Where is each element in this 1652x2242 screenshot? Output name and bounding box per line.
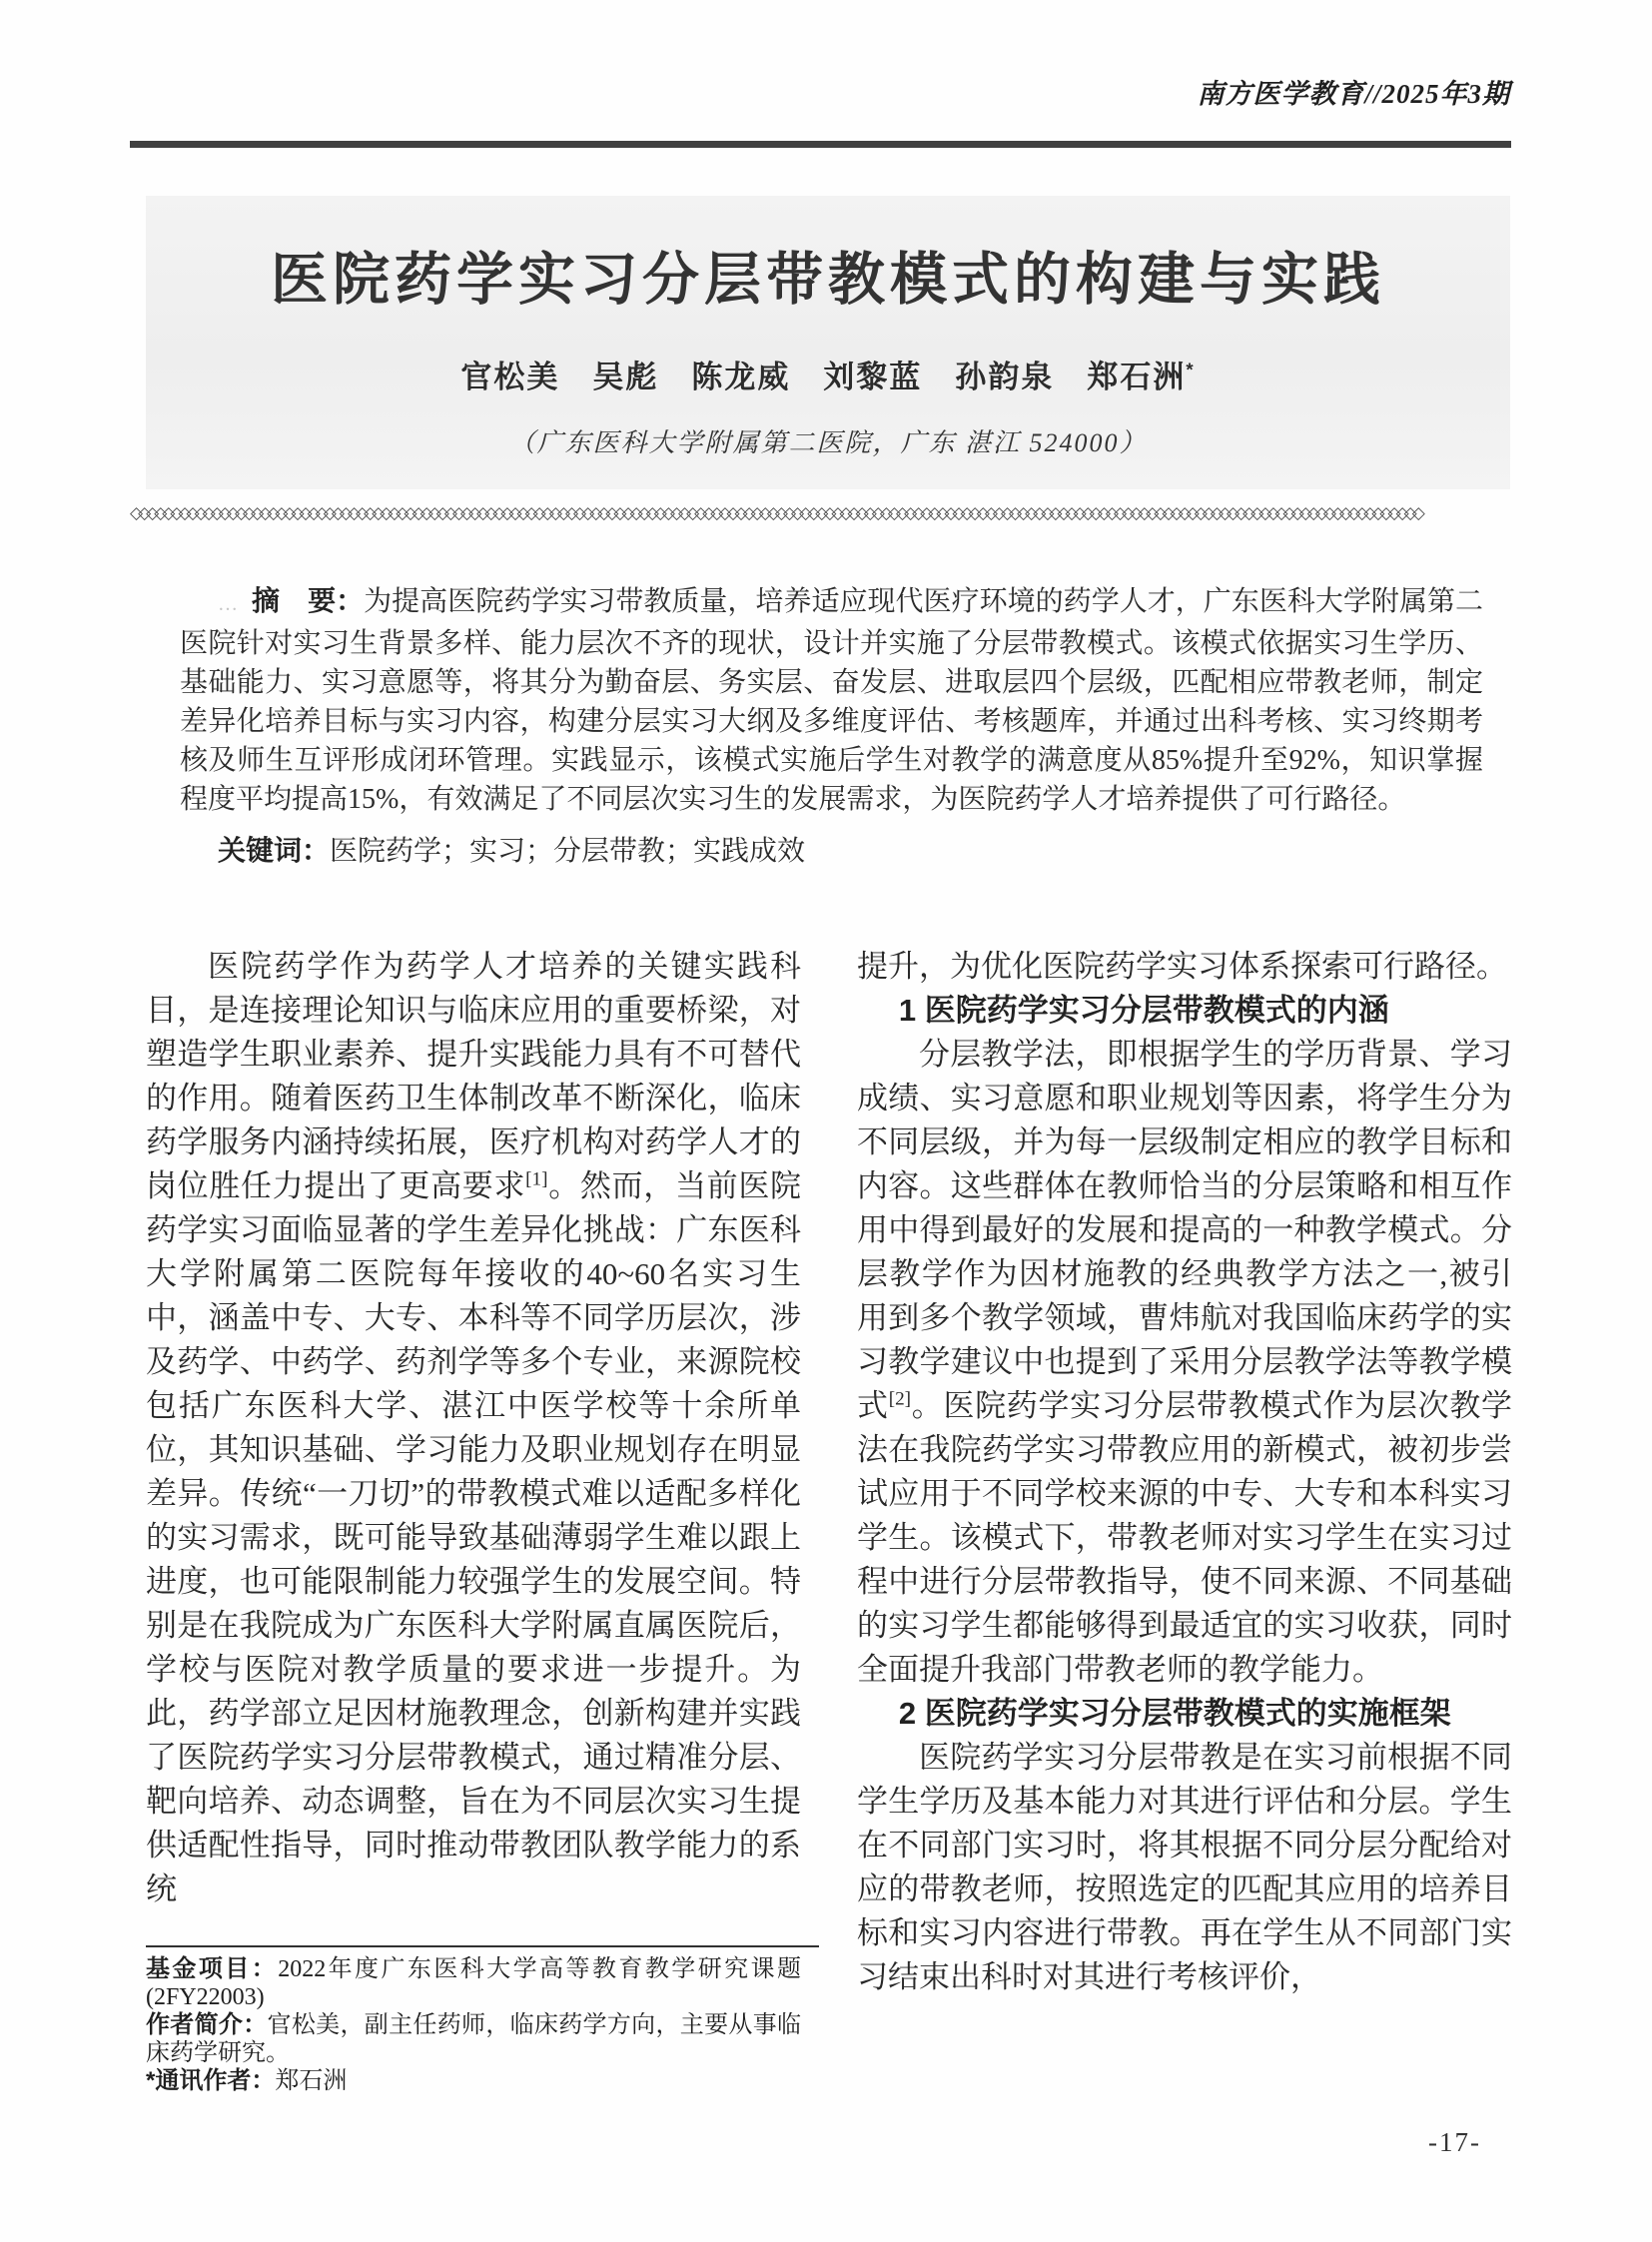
affiliation-line: （广东医科大学附属第二医院，广东 湛江 524000） bbox=[146, 422, 1510, 459]
footnote-fund: 基金项目：2022年度广东医科大学高等教育教学研究课题(2FY22003) bbox=[146, 1955, 801, 2011]
abstract-block: …摘 要：为提高医院药学实习带教质量，培养适应现代医疗环境的药学人才，广东医科大… bbox=[180, 581, 1483, 871]
journal-page: 南方医学教育//2025年3期 医院药学实习分层带教模式的构建与实践 官松美 吴… bbox=[0, 0, 1652, 2242]
section-1-paragraph: 分层教学法，即根据学生的学历背景、学习成绩、实习意愿和职业规划等因素，将学生分为… bbox=[857, 1033, 1512, 1692]
journal-header: 南方医学教育//2025年3期 bbox=[1197, 72, 1510, 111]
left-column: 医院药学作为药学人才培养的关键实践科目，是连接理论知识与临床应用的重要桥梁，对塑… bbox=[146, 945, 801, 2095]
article-title: 医院药学实习分层带教模式的构建与实践 bbox=[146, 196, 1510, 316]
header-rule bbox=[130, 141, 1511, 148]
footnote-corresponding-label: *通讯作者： bbox=[146, 2067, 275, 2094]
footnote-author-bio: 作者简介：官松美，副主任药师，临床药学方向，主要从事临床药学研究。 bbox=[146, 2011, 801, 2067]
footnote-author-bio-label: 作者简介： bbox=[146, 2011, 268, 2038]
body-columns: 医院药学作为药学人才培养的关键实践科目，是连接理论知识与临床应用的重要桥梁，对塑… bbox=[146, 945, 1512, 2095]
authors-names: 官松美 吴彪 陈龙威 刘黎蓝 孙韵泉 郑石洲 bbox=[460, 360, 1186, 394]
footnote-corresponding: *通讯作者：郑石洲 bbox=[146, 2067, 801, 2095]
intro-paragraph: 医院药学作为药学人才培养的关键实践科目，是连接理论知识与临床应用的重要桥梁，对塑… bbox=[146, 945, 801, 1937]
footnote-fund-label: 基金项目： bbox=[146, 1955, 278, 1982]
keywords-label: 关键词： bbox=[218, 835, 330, 866]
authors-line: 官松美 吴彪 陈龙威 刘黎蓝 孙韵泉 郑石洲* bbox=[146, 352, 1510, 396]
abstract-text: 为提高医院药学实习带教质量，培养适应现代医疗环境的药学人才，广东医科大学附属第二… bbox=[180, 586, 1483, 815]
title-box: 医院药学实习分层带教模式的构建与实践 官松美 吴彪 陈龙威 刘黎蓝 孙韵泉 郑石… bbox=[146, 196, 1510, 489]
keywords-line: 关键词：医院药学；实习；分层带教；实践成效 bbox=[180, 831, 1483, 871]
abstract-paragraph: …摘 要：为提高医院药学实习带教质量，培养适应现代医疗环境的药学人才，广东医科大… bbox=[180, 581, 1483, 819]
decorative-wave-separator: ◇◇◇◇◇◇◇◇◇◇◇◇◇◇◇◇◇◇◇◇◇◇◇◇◇◇◇◇◇◇◇◇◇◇◇◇◇◇◇◇… bbox=[130, 500, 1513, 526]
page-number: -17- bbox=[1428, 2127, 1481, 2158]
footnote-separator bbox=[146, 1945, 819, 1947]
section-1-heading: 1 医院药学实习分层带教模式的内涵 bbox=[857, 989, 1512, 1033]
right-column: 提升，为优化医院药学实习体系探索可行路径。 1 医院药学实习分层带教模式的内涵 … bbox=[857, 945, 1512, 2095]
abstract-label: 摘 要： bbox=[252, 585, 364, 616]
keywords-text: 医院药学；实习；分层带教；实践成效 bbox=[330, 836, 805, 867]
scan-noise-dots: … bbox=[218, 593, 242, 615]
section-2-paragraph: 医院药学实习分层带教是在实习前根据不同学生学历及基本能力对其进行评估和分层。学生… bbox=[857, 1736, 1512, 1999]
continuation-paragraph: 提升，为优化医院药学实习体系探索可行路径。 bbox=[857, 945, 1512, 989]
section-2-heading: 2 医院药学实习分层带教模式的实施框架 bbox=[857, 1692, 1512, 1736]
footnote-corresponding-text: 郑石洲 bbox=[275, 2068, 347, 2094]
corresponding-author-mark: * bbox=[1186, 360, 1195, 380]
